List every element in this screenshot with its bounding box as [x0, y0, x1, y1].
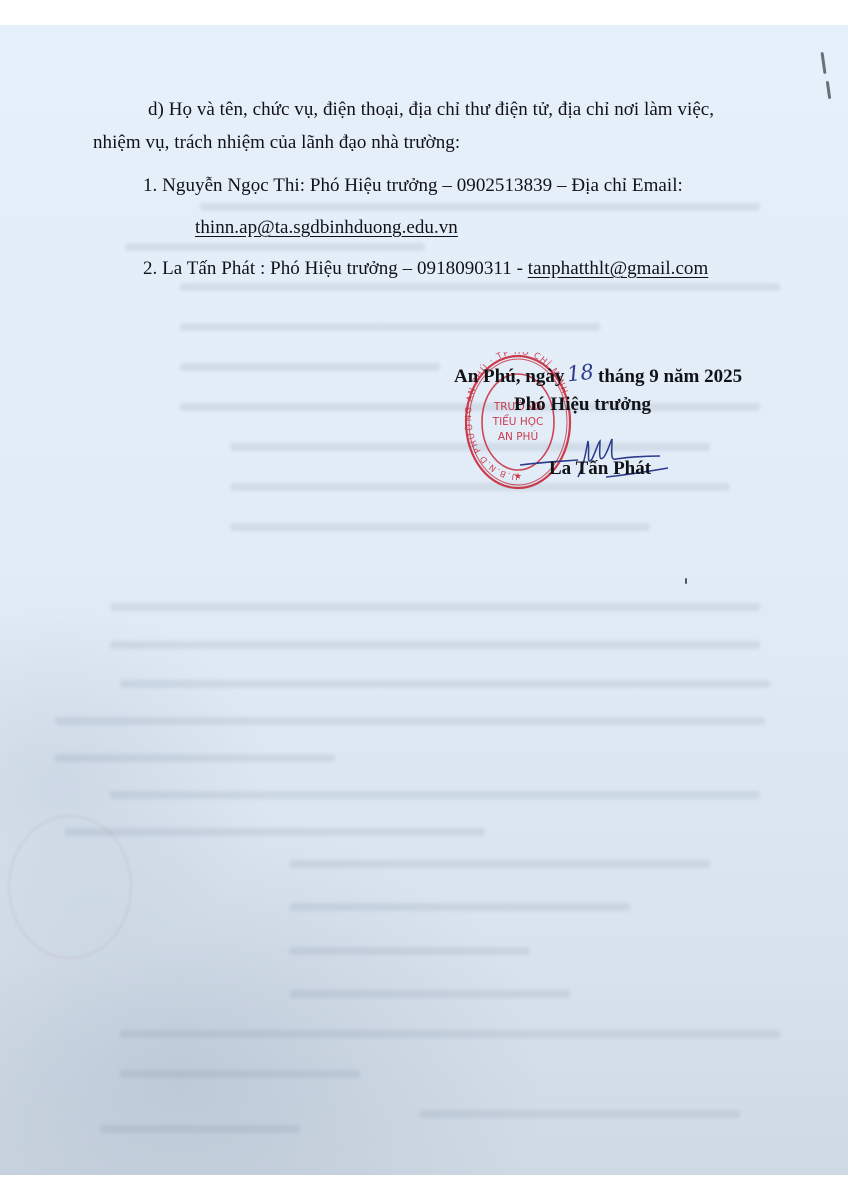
scanned-page: d) Họ và tên, chức vụ, điện thoại, địa c… — [0, 25, 848, 1175]
leader-2-email-link[interactable]: tanphatthlt@gmail.com — [528, 258, 709, 279]
leader-2-line: 2. La Tấn Phát : Phó Hiệu trưởng – 09180… — [143, 258, 708, 280]
handwritten-day: 18 — [566, 360, 595, 387]
leader-1-email-link[interactable]: thinn.ap@ta.sgdbinhduong.edu.vn — [195, 217, 458, 238]
svg-text:TIỂU HỌC: TIỂU HỌC — [492, 414, 544, 428]
section-d-intro-line1: d) Họ và tên, chức vụ, điện thoại, địa c… — [148, 99, 714, 121]
scan-artifact — [820, 52, 826, 74]
leader-1-line: 1. Nguyễn Ngọc Thi: Phó Hiệu trưởng – 09… — [143, 175, 683, 197]
leader-2-text: 2. La Tấn Phát : Phó Hiệu trưởng – 09180… — [143, 258, 528, 279]
section-d-intro-line2: nhiệm vụ, trách nhiệm của lãnh đạo nhà t… — [93, 132, 460, 154]
place-date-suffix: tháng 9 năm 2025 — [598, 366, 742, 388]
signer-name: La Tấn Phát — [549, 458, 651, 480]
bleed-through-stamp — [8, 815, 132, 959]
scan-artifact — [826, 81, 831, 99]
leader-1-email-line: thinn.ap@ta.sgdbinhduong.edu.vn — [195, 217, 458, 239]
signer-position: Phó Hiệu trưởng — [514, 394, 651, 416]
place-date-prefix: An Phú, ngày — [454, 366, 564, 388]
scan-speck — [685, 578, 687, 584]
